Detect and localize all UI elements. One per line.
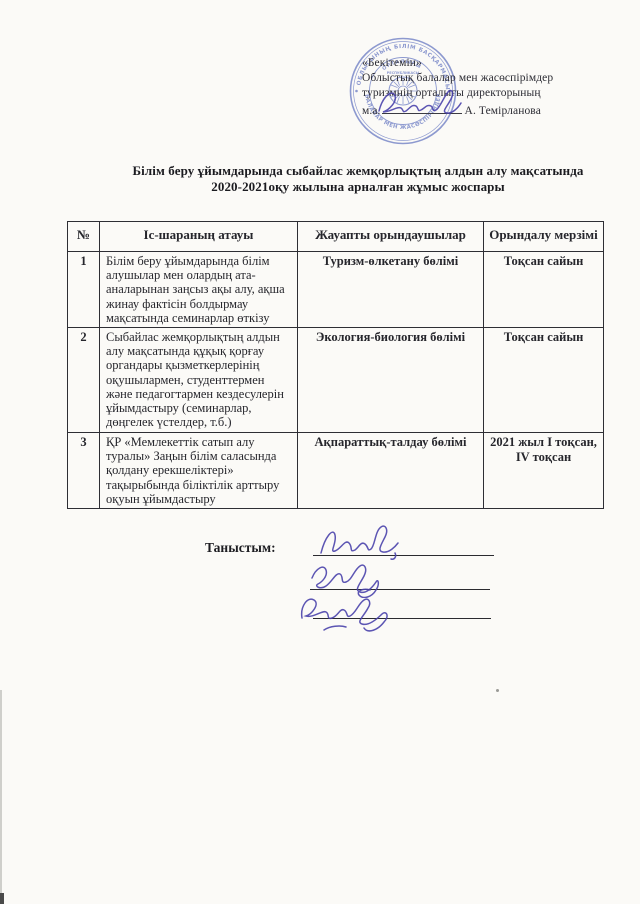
row-activity: ҚР «Мемлекеттік сатып алу туралы» Заңын … [100, 433, 298, 509]
scanned-document-page: ОБЛЫСЫНЫҢ БІЛІМ БАСҚАРМАСЫ БАЛАЛАР МЕН Ж… [0, 0, 640, 904]
row-term: Тоқсан сайын [484, 252, 604, 328]
row-term: Тоқсан сайын [484, 328, 604, 433]
row-number: 3 [68, 433, 100, 509]
row-activity: Білім беру ұйымдарында білім алушылар ме… [100, 252, 298, 328]
work-plan-table: № Іс-шараның атауы Жауапты орындаушылар … [67, 221, 604, 509]
document-title: Білім беру ұйымдарында сыбайлас жемқорлы… [98, 163, 618, 194]
title-line2: 2020-2021оқу жылына арналған жұмыс жоспа… [98, 179, 618, 195]
title-line1: Білім беру ұйымдарында сыбайлас жемқорлы… [98, 163, 618, 179]
col-header-activity: Іс-шараның атауы [100, 222, 298, 252]
table-row: 3 ҚР «Мемлекеттік сатып алу туралы» Заңы… [68, 433, 604, 509]
table-header-row: № Іс-шараның атауы Жауапты орындаушылар … [68, 222, 604, 252]
row-number: 2 [68, 328, 100, 433]
row-responsible: Ақпараттық-талдау бөлімі [298, 433, 484, 509]
col-header-responsible: Жауапты орындаушылар [298, 222, 484, 252]
row-term: 2021 жыл I тоқсан, IV тоқсан [484, 433, 604, 509]
col-header-term: Орындалу мерзімі [484, 222, 604, 252]
handwritten-signature-3 [296, 592, 410, 634]
table-row: 1 Білім беру ұйымдарында білім алушылар … [68, 252, 604, 328]
acknowledged-label: Таныстым: [205, 540, 276, 556]
handwritten-signature-director [373, 85, 465, 121]
handwritten-signature-1 [317, 522, 407, 560]
scan-corner-artifact [0, 893, 4, 904]
scan-dot-artifact [496, 689, 499, 692]
approval-stamp-label: «Бекітемін» [362, 56, 602, 71]
row-activity: Сыбайлас жемқорлықтың алдын алу мақсатын… [100, 328, 298, 433]
scan-edge-artifact [0, 690, 2, 904]
col-header-number: № [68, 222, 100, 252]
row-responsible: Туризм-өлкетану бөлімі [298, 252, 484, 328]
row-number: 1 [68, 252, 100, 328]
row-responsible: Экология-биология бөлімі [298, 328, 484, 433]
signer-name: А. Темірланова [465, 105, 541, 117]
table-row: 2 Сыбайлас жемқорлықтың алдын алу мақсат… [68, 328, 604, 433]
